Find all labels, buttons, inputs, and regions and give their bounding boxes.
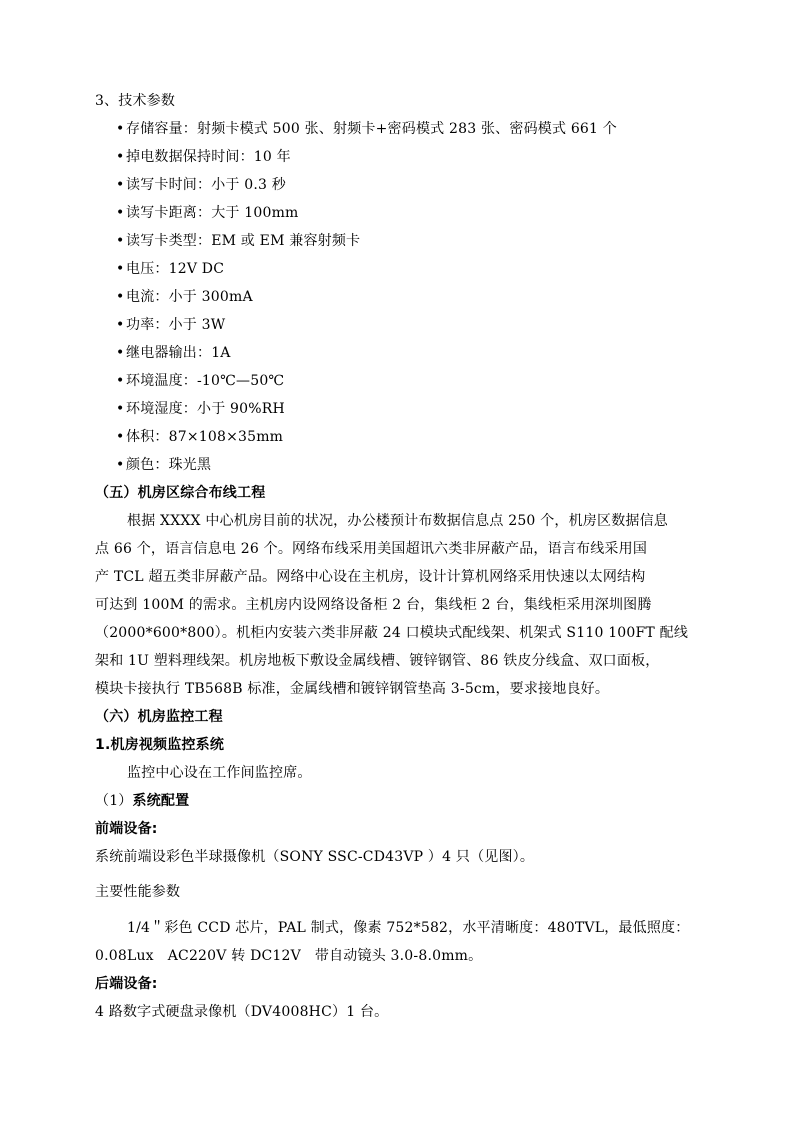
list-item-text: 读写卡时间：小于 0.3 秒 xyxy=(126,177,286,193)
bullet-icon: • xyxy=(116,315,126,335)
bullet-icon: • xyxy=(116,455,126,475)
list-item: •颜色：珠光黑 xyxy=(116,455,211,475)
list-item-text: 环境温度：-10℃—50℃ xyxy=(126,373,284,389)
bullet-icon: • xyxy=(116,343,126,363)
list-item-text: 功率：小于 3W xyxy=(126,317,225,333)
paragraph-line: 点 66 个，语言信息电 26 个。网络布线采用美国超讯六类非屏蔽产品，语言布线… xyxy=(95,539,647,559)
list-item-text: 读写卡类型：EM 或 EM 兼容射频卡 xyxy=(126,233,360,249)
performance-line: 0.08Lux AC220V 转 DC12V 带自动镜头 3.0-8.0mm。 xyxy=(95,946,482,966)
list-item: •环境温度：-10℃—50℃ xyxy=(116,371,284,391)
monitoring-center-text: 监控中心设在工作间监控席。 xyxy=(127,763,312,783)
performance-line: 1/4＂彩色 CCD 芯片，PAL 制式，像素 752*582，水平清晰度：48… xyxy=(127,918,689,938)
bullet-icon: • xyxy=(116,175,126,195)
list-item-text: 继电器输出：1A xyxy=(126,345,231,361)
subsection-heading-video-monitoring: 1.机房视频监控系统 xyxy=(95,735,224,755)
paragraph-line: 可达到 100M 的需求。主机房内设网络设备柜 2 台，集线柜 2 台，集线柜采… xyxy=(95,595,652,615)
list-item: •读写卡类型：EM 或 EM 兼容射频卡 xyxy=(116,231,360,251)
list-item: •继电器输出：1A xyxy=(116,343,231,363)
list-item: •电压：12V DC xyxy=(116,259,224,279)
list-item: •掉电数据保持时间：10 年 xyxy=(116,147,291,167)
section-heading-cabling: （五）机房区综合布线工程 xyxy=(95,483,265,503)
list-item-text: 电压：12V DC xyxy=(126,261,224,277)
list-item-text: 电流：小于 300mA xyxy=(126,289,253,305)
list-item: •读写卡时间：小于 0.3 秒 xyxy=(116,175,286,195)
list-item-text: 掉电数据保持时间：10 年 xyxy=(126,149,291,165)
bullet-icon: • xyxy=(116,399,126,419)
bullet-icon: • xyxy=(116,147,126,167)
bullet-icon: • xyxy=(116,427,126,447)
bullet-icon: • xyxy=(116,203,126,223)
backend-label: 后端设备: xyxy=(95,974,158,994)
paragraph-line: 模块卡接执行 TB568B 标准，金属线槽和镀锌钢管垫高 3-5cm，要求接地良… xyxy=(95,679,609,699)
bullet-icon: • xyxy=(116,371,126,391)
list-item: •读写卡距离：大于 100mm xyxy=(116,203,299,223)
backend-text: 4 路数字式硬盘录像机（DV4008HC）1 台。 xyxy=(95,1002,388,1022)
bullet-icon: • xyxy=(116,231,126,251)
list-item-text: 颜色：珠光黑 xyxy=(126,457,211,473)
paragraph-line: 架和 1U 塑料理线架。机房地板下敷设金属线槽、镀锌钢管、86 铁皮分线盒、双口… xyxy=(95,651,659,671)
frontend-label: 前端设备: xyxy=(95,819,158,839)
list-item: •体积：87×108×35mm xyxy=(116,427,283,447)
document-page: 3、技术参数 •存储容量：射频卡模式 500 张、射频卡+密码模式 283 张、… xyxy=(0,0,793,1122)
list-item: •存储容量：射频卡模式 500 张、射频卡+密码模式 283 张、密码模式 66… xyxy=(116,119,617,139)
list-item-text: 环境湿度：小于 90%RH xyxy=(126,401,285,417)
bullet-icon: • xyxy=(116,259,126,279)
config-prefix: （1） xyxy=(95,793,133,809)
config-title: 系统配置 xyxy=(133,793,190,809)
list-item-text: 读写卡距离：大于 100mm xyxy=(126,205,299,221)
bullet-icon: • xyxy=(116,119,126,139)
list-item: •电流：小于 300mA xyxy=(116,287,253,307)
paragraph-line: （2000*600*800）。机柜内安装六类非屏蔽 24 口模块式配线架、机架式… xyxy=(95,623,688,643)
paragraph-line: 根据 XXXX 中心机房目前的状况，办公楼预计布数据信息点 250 个，机房区数… xyxy=(127,511,668,531)
list-item-text: 存储容量：射频卡模式 500 张、射频卡+密码模式 283 张、密码模式 661… xyxy=(126,121,617,137)
section-heading-monitoring: （六）机房监控工程 xyxy=(95,707,223,727)
paragraph-line: 产 TCL 超五类非屏蔽产品。网络中心设在主机房，设计计算机网络采用快速以太网结… xyxy=(95,567,645,587)
section-heading-tech-params: 3、技术参数 xyxy=(95,91,175,111)
list-item: •环境湿度：小于 90%RH xyxy=(116,399,285,419)
performance-label: 主要性能参数 xyxy=(95,882,180,902)
list-item: •功率：小于 3W xyxy=(116,315,225,335)
bullet-icon: • xyxy=(116,287,126,307)
system-config-heading: （1）系统配置 xyxy=(95,791,189,811)
list-item-text: 体积：87×108×35mm xyxy=(126,429,283,445)
frontend-text: 系统前端设彩色半球摄像机（SONY SSC-CD43VP ）4 只（见图）。 xyxy=(95,847,534,867)
